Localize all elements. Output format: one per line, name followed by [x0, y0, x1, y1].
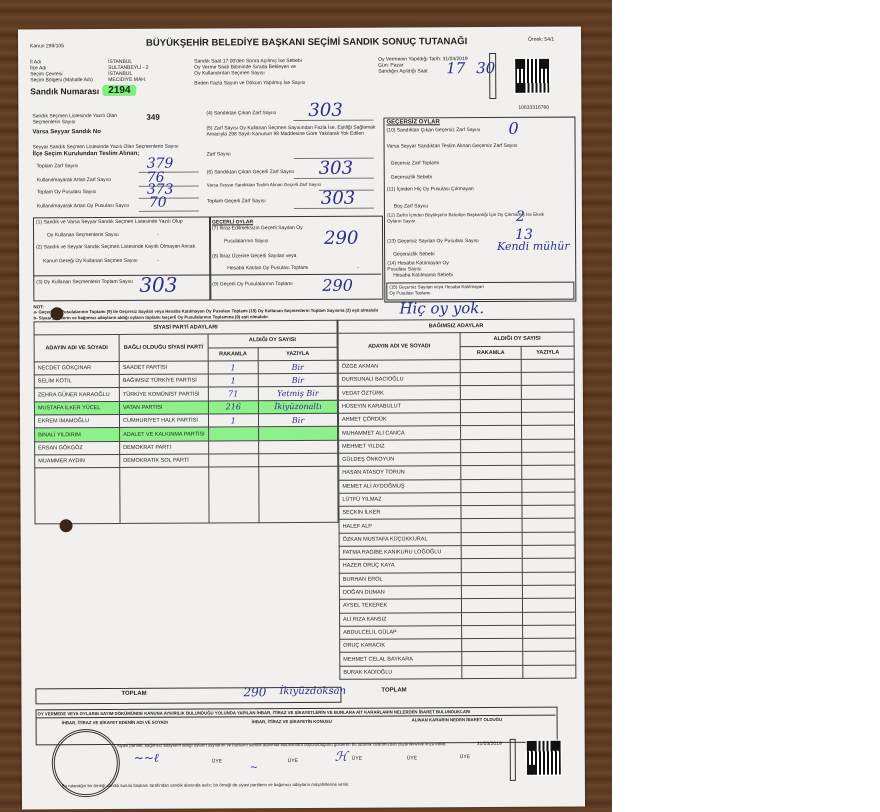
votes-digits — [461, 585, 522, 599]
votes-digits — [208, 427, 258, 441]
objections-col-1: İHBAR, İTİRAZ VE ŞİKAYET EDENİN ADI VE S… — [62, 720, 168, 727]
f1-sub-label: Oy Kullanan Seçmenlerin Sayısı — [47, 232, 119, 238]
opening-minute: 30 — [476, 59, 495, 77]
independent-candidate-row: HAZER ORUÇ KAYA — [339, 558, 575, 573]
independent-col-words: YAZIYLA — [521, 346, 574, 360]
candidate-name: LÜTFÜ YILMAZ — [339, 493, 461, 507]
candidate-name: MEMET ALİ AYDOĞMUŞ — [339, 479, 461, 493]
barcode-strip — [510, 739, 516, 781]
party-name: SAADET PARTİSİ — [119, 361, 208, 375]
votes-words — [522, 425, 575, 439]
votes-words — [522, 532, 575, 546]
ballot-box-number: 2194 — [102, 85, 136, 96]
law-reference: Kanun 298/105 — [30, 43, 64, 49]
votes-words — [522, 412, 575, 426]
votes-digits — [461, 466, 522, 480]
votes-digits — [461, 572, 522, 586]
f8-label: (8) İtiraz Üzerine Geçerli Sayılan veya — [212, 253, 296, 259]
votes-digits — [461, 479, 522, 493]
party-name: BAĞIMSIZ TÜRKİYE PARTİSİ — [119, 374, 208, 388]
independent-candidate-row: LÜTFÜ YILMAZ — [339, 492, 575, 507]
candidate-name: BURAK KADIOĞLU — [340, 665, 462, 679]
candidate-name: ERSAN GÖKGÖZ — [35, 441, 120, 455]
f7-sub-label: Pusulalarının Sayısı — [224, 238, 268, 244]
votes-words — [259, 453, 338, 467]
votes-digits: 1 — [208, 361, 258, 375]
total-ballots-label: Toplam Oy Pusulası Sayısı — [37, 189, 97, 195]
independent-col-name: ADAYIN ADI VE SOYADI — [338, 333, 460, 360]
candidate-name: DOĞAN DUMAN — [339, 586, 461, 600]
votes-words — [523, 585, 576, 599]
independent-candidate-row: ORUÇ KARACIK — [340, 638, 576, 653]
candidate-name: MUHAMMET ALİ CANCA — [339, 426, 461, 440]
candidate-name: HALEF ALP — [339, 519, 461, 533]
votes-digits — [460, 386, 521, 400]
independent-candidate-row: AYSEL TEKEREK — [339, 598, 575, 613]
mobile-registered-label: Seyyar Sandık Seçmen Listesinde Yazılı O… — [33, 144, 203, 151]
votes-digits: 1 — [208, 414, 258, 428]
votes-words — [523, 651, 576, 665]
candidate-name: FATMA RAGIBE KANIKURU LOĞOĞLU — [339, 546, 461, 560]
independent-candidate-row: ÖZKAN MUSTAFA KÜÇÜKKURAL — [339, 532, 575, 547]
votes-digits — [461, 532, 522, 546]
party-col-digits: RAKAMLA — [208, 347, 258, 361]
candidate-name: AHMET ÇÖRDÜK — [338, 413, 460, 427]
member-label-1: ÜYE — [212, 758, 222, 764]
f10-value: 0 — [508, 119, 518, 138]
votes-words: Bir — [258, 360, 337, 374]
votes-words — [522, 519, 575, 533]
unused-ballots-label: Kullanılmayarak Artan Oy Pusulası Sayısı — [37, 203, 137, 210]
invalid-total-label: Geçersiz Zarf Toplamı — [391, 160, 440, 166]
votes-digits — [461, 506, 522, 520]
votes-digits — [462, 638, 523, 652]
candidate-name: AYSEL TEKEREK — [339, 599, 461, 613]
independent-candidate-row: FATMA RAGIBE KANIKURU LOĞOĞLU — [339, 545, 575, 560]
objections-col-2: İHBAR, İTİRAZ VE ŞİKAYETİN KONUSU — [252, 719, 332, 725]
signature-date: 31/03/2019 — [477, 741, 502, 747]
votes-words — [522, 452, 575, 466]
independent-col-votes: ALDIĞI OY SAYISI — [460, 332, 574, 346]
independent-candidate-row: MEHMET CELAL BAYKARA — [340, 651, 576, 666]
candidate-name: HASAN ATASOY TORUN — [339, 466, 461, 480]
independent-candidate-row: ALİ RIZA KANSIZ — [340, 612, 576, 627]
party-name: DEMOKRATİK SOL PARTİ — [120, 454, 209, 468]
hour-label: Saat — [417, 68, 427, 74]
barcode-number: 10633316780 — [518, 105, 549, 111]
f8-value: - — [357, 265, 359, 271]
votes-digits — [461, 599, 522, 613]
mobile-box-label: Varsa Seyyar Sandık No — [32, 129, 100, 136]
votes-digits — [208, 440, 258, 454]
votes-digits — [462, 665, 523, 679]
votes-digits: 216 — [208, 401, 258, 415]
empty-envelope-label: Boş Zarf Sayısı — [394, 203, 428, 209]
votes-words — [521, 359, 574, 373]
member-label-5: ÜYE — [460, 754, 470, 760]
candidate-name: ZEHRA GÜNER KARAOĞLU — [34, 388, 119, 402]
votes-digits — [460, 412, 521, 426]
candidate-name: DURSUNALİ BACIOĞLU — [338, 373, 460, 387]
opening-hour: 17 — [446, 59, 465, 77]
unused-ballots: 70 — [149, 195, 167, 211]
independent-candidate-row: MEMET ALİ AYDOĞMUŞ — [339, 479, 575, 494]
candidate-name: HAZER ORUÇ KAYA — [339, 559, 461, 573]
votes-words — [522, 479, 575, 493]
candidate-name: ORUÇ KARACIK — [340, 639, 462, 653]
sample-number: Örnek: 54/1 — [528, 37, 554, 43]
candidate-name: HÜSEYİN KARABULUT — [338, 399, 460, 413]
independent-candidate-row: BURAK KADIOĞLU — [340, 665, 576, 680]
f13-reason-label: Geçersizlik Sebebi — [393, 251, 434, 257]
votes-digits — [461, 426, 522, 440]
votes-words — [522, 572, 575, 586]
f2-value: - — [157, 258, 159, 264]
votes-digits — [461, 492, 522, 506]
party-total-words: İkiyüzdoksan — [279, 686, 346, 697]
party-col-name: ADAYIN ADI VE SOYADI — [34, 335, 119, 362]
footer-note: Bu tutanağın bir örneği sandık kurulu ba… — [62, 781, 502, 789]
qr-code-icon — [527, 741, 561, 775]
f12-value: 2 — [516, 209, 525, 225]
opened-label: Sandığın Açıldığı — [378, 68, 416, 74]
independent-col-digits: RAKAMLA — [460, 346, 521, 360]
party-name: TÜRKİYE KOMÜNİST PARTİSİ — [119, 387, 208, 401]
votes-words — [523, 598, 576, 612]
independent-candidate-row: DOĞAN DUMAN — [339, 585, 575, 600]
recount-label: Birden Fazla Sayım ve Döküm Yapılmış İse… — [194, 80, 384, 87]
votes-digits — [461, 519, 522, 533]
independent-candidate-row: ÖZGE AKMAN — [338, 359, 574, 374]
votes-words — [522, 439, 575, 453]
form-title: BÜYÜKŞEHİR BELEDİYE BAŞKANI SEÇİMİ SANDI… — [146, 36, 467, 49]
ballot-box-result-form: Kanun 298/105 BÜYÜKŞEHİR BELEDİYE BAŞKAN… — [18, 27, 585, 810]
votes-words — [521, 372, 574, 386]
neighbourhood-value: MECİDİYE MAH. — [108, 77, 146, 83]
member-label-4: ÜYE — [407, 755, 417, 761]
member-label-3: ÜYE — [352, 756, 362, 762]
mobile-valid-label: Varsa Seyyar Sandıktan Teslim Alınan Geç… — [207, 182, 321, 189]
signature-statement: Siyasi partiler, bağımsız adayların aldı… — [117, 741, 477, 749]
votes-digits — [461, 439, 522, 453]
votes-words — [522, 492, 575, 506]
punch-hole — [50, 307, 63, 320]
candidate-name: MUAMMER AYDIN — [35, 454, 120, 468]
votes-digits — [462, 625, 523, 639]
votes-words — [522, 545, 575, 559]
votes-words — [523, 638, 576, 652]
f10-label: (10) Sandıktan Çıkan Geçersiz Zarf Sayıs… — [386, 127, 480, 133]
independent-candidate-row: MUHAMMET ALİ CANCA — [339, 425, 575, 440]
handwritten-note: Hiç oy yok. — [399, 299, 484, 317]
votes-words: Yetmiş Bir — [258, 387, 337, 401]
independent-candidate-row: VEDAT ÖZTÜRK — [338, 386, 574, 401]
candidate-name: SEÇKİN İLKER — [339, 506, 461, 520]
votes-digits — [461, 452, 522, 466]
queue-voters-label-2: Oy Kullandırılan Seçmen Sayısı — [194, 70, 384, 77]
ballot-box-number-label: Sandık Numarası — [30, 86, 99, 96]
party-name: VATAN PARTİSİ — [119, 401, 208, 415]
f9-value: 290 — [322, 276, 353, 295]
candidate-name: VEDAT ÖZTÜRK — [338, 386, 460, 400]
received-heading: İlçe Seçim Kurulundan Teslim Alınan; — [33, 151, 140, 159]
votes-words — [523, 612, 576, 626]
candidate-name: ALİ RIZA KANSIZ — [340, 612, 462, 626]
f6-value: 303 — [319, 158, 353, 179]
candidate-name: BURHAN EROL — [339, 572, 461, 586]
votes-digits — [460, 399, 521, 413]
signature-3: ℋ — [335, 750, 348, 765]
f3-label: (3) Oy Kullanan Seçmenlerin Toplam Sayıs… — [36, 279, 136, 286]
candidate-name: ABDULCELİL GÜLAP — [340, 625, 462, 639]
invalid-reason-label: Geçersizlik Sebebi — [391, 174, 432, 180]
f1-label: (1) Sandık ve Varsa Seyyar Sandık Seçmen… — [36, 219, 183, 226]
signature-1: ~~ℓ — [134, 751, 159, 766]
f2-label: (2) Sandık ve Seyyar Sandık Seçmen Liste… — [36, 243, 206, 250]
independent-candidate-row: HÜSEYİN KARABULUT — [338, 399, 574, 414]
independent-candidates-table: BAĞIMSIZ ADAYLAR ADAYIN ADI VE SOYADI AL… — [337, 319, 576, 680]
candidate-name: MEHMET CELAL BAYKARA — [340, 652, 462, 666]
f7-value: 290 — [324, 228, 358, 249]
votes-words — [523, 665, 576, 679]
votes-words — [522, 399, 575, 413]
total-valid-label: Toplam Geçerli Zarf Sayısı — [207, 198, 266, 204]
votes-words — [523, 625, 576, 639]
f14-reason-label: Hesaba Katılmama Sebebi — [393, 272, 453, 278]
candidate-name: MEHMET YILDIZ — [339, 439, 461, 453]
neighbourhood-label: Seçim Bölgesi (Mahalle Adı) — [30, 77, 108, 83]
candidate-name: MUSTAFA İLKER YÜCEL — [34, 401, 119, 415]
f4-value: 303 — [308, 100, 342, 121]
f13-reason: Kendi mühür — [497, 240, 570, 253]
candidate-name: SELİM KOTİL — [34, 375, 119, 389]
invalid-votes-heading: GEÇERSİZ OYLAR — [386, 119, 439, 126]
votes-words — [522, 465, 575, 479]
signature-2: ~ — [250, 762, 258, 773]
candidate-name: NECDET GÖKÇINAR — [34, 361, 119, 375]
party-total-digits: 290 — [243, 685, 266, 699]
party-col-party: BAĞLI OLDUĞU SİYASİ PARTİ — [119, 334, 208, 361]
independent-table-heading: BAĞIMSIZ ADAYLAR — [338, 319, 574, 334]
votes-words — [522, 386, 575, 400]
votes-words — [522, 558, 575, 572]
votes-digits — [461, 545, 522, 559]
votes-words: Bir — [259, 413, 338, 427]
independent-candidate-row: SEÇKİN İLKER — [339, 505, 575, 520]
f1-value: - — [157, 232, 159, 238]
f6-label: (6) Sandıktan Çıkan Geçerli Zarf Sayısı — [207, 169, 294, 175]
independent-candidate-row: HALEF ALP — [339, 519, 575, 534]
votes-digits — [462, 652, 523, 666]
qr-code-icon — [515, 59, 549, 93]
candidate-name: EKREM İMAMOĞLU — [34, 415, 119, 429]
f12-label: (12) Zarfın İçinden Büyükşehir Belediye … — [387, 212, 557, 225]
independent-candidate-row: ABDULCELİL GÜLAP — [340, 625, 576, 640]
votes-words — [259, 440, 338, 454]
candidate-name: ÖZKAN MUSTAFA KÜÇÜKKURAL — [339, 532, 461, 546]
f13-label: (13) Geçersiz Sayılan Oy Pusulası Sayısı — [387, 238, 479, 244]
party-col-votes: ALDIĞI OY SAYISI — [208, 334, 337, 348]
f5-label: (5) Zarf Sayısı Oy Kullanan Seçmen Sayıs… — [206, 125, 376, 138]
independent-candidate-row: HASAN ATASOY TORUN — [339, 465, 575, 480]
party-name: ADALET VE KALKINMA PARTİSİ — [120, 427, 209, 441]
unused-envelopes-label: Kullanılmayarak Artan Zarf Sayısı — [37, 177, 111, 183]
votes-digits — [460, 373, 521, 387]
punch-hole — [60, 519, 73, 532]
independent-candidate-row: GÜLDEŞ ÖNKOYUN — [339, 452, 575, 467]
objections-col-3: ALINAN KARARIN NEDEN İBARET OLDUĞU — [412, 717, 503, 723]
party-total-label: TOPLAM — [121, 691, 146, 698]
votes-words: Bir — [258, 373, 337, 387]
votes-digits — [208, 454, 258, 468]
independent-candidate-row: DURSUNALİ BACIOĞLU — [338, 372, 574, 387]
f7-label: (7) İtiraz Edilmeksizin Geçerli Sayılan … — [212, 225, 303, 231]
invalid-mobile-label: Varsa Seyyar Sandıktan Teslim Alınan Geç… — [387, 143, 537, 150]
votes-words: İkiyüzonaltı — [258, 400, 337, 414]
f9-label: (9) Geçerli Oy Pusulalarının Toplamı — [212, 281, 293, 287]
total-envelopes-label: Toplam Zarf Sayısı — [37, 163, 79, 169]
f8-sub-label: Hesaba Katılan Oy Pusulası Toplamı — [227, 265, 308, 271]
party-col-words: YAZIYLA — [258, 347, 337, 361]
independent-candidate-row: AHMET ÇÖRDÜK — [338, 412, 574, 427]
votes-digits — [461, 559, 522, 573]
independent-total-label: TOPLAM — [381, 687, 406, 694]
independent-candidate-row: BURHAN EROL — [339, 572, 575, 587]
independent-candidate-row: MEHMET YILDIZ — [339, 439, 575, 454]
candidate-name: ÖZGE AKMAN — [338, 360, 460, 374]
party-name: DEMOKRAT PARTİ — [120, 441, 209, 455]
party-name: CUMHURİYET HALK PARTİSİ — [119, 414, 208, 428]
total-valid: 303 — [321, 188, 355, 209]
f3-value: 303 — [139, 273, 177, 297]
member-label-2: ÜYE — [288, 758, 298, 764]
candidate-name: GÜLDEŞ ÖNKOYUN — [339, 453, 461, 467]
f2-sub-label: Kanun Gereği Oy Kullanan Seçmen Sayısı — [43, 258, 153, 265]
party-candidates-table: SİYASİ PARTİ ADAYLARI ADAYIN ADI VE SOYA… — [33, 320, 338, 525]
registered-voters-label: Sandık Seçmen Listesinde Yazılı Olan Seç… — [32, 113, 142, 126]
f5-sub-label: Zarf Sayısı — [207, 151, 231, 157]
f14-label: (14) Hesaba Katılmayan Oy Pusulası Sayıs… — [387, 260, 467, 272]
f4-label: (4) Sandıktan Çıkan Zarf Sayısı — [206, 110, 276, 116]
candidate-name: BİNALİ YILDIRIM — [35, 428, 120, 442]
votes-digits: 71 — [208, 387, 258, 401]
registered-voters: 349 — [146, 113, 159, 122]
f11-label: (11) İçinden Hiç Oy Pusulası Çıkmayan — [387, 186, 474, 192]
f15-label: (15) Geçersiz Sayılan veya Hesaba Katılm… — [389, 284, 489, 297]
votes-words — [522, 505, 575, 519]
votes-digits — [462, 612, 523, 626]
votes-digits — [460, 359, 521, 373]
votes-words — [259, 427, 338, 441]
votes-digits: 1 — [208, 374, 258, 388]
